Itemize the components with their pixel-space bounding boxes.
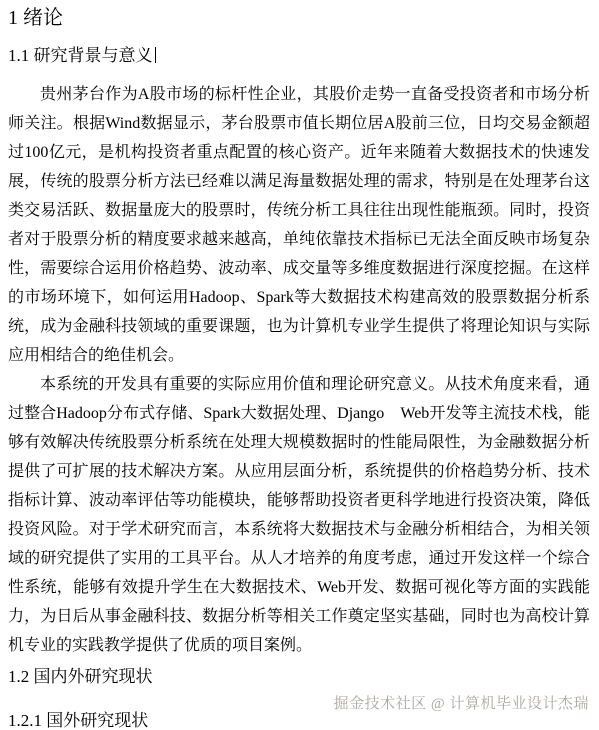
- section-heading-1-1-label: 1.1 研究背景与意义: [8, 46, 153, 65]
- chapter-heading[interactable]: 1 绪论: [8, 6, 590, 30]
- section-heading-1-2-1[interactable]: 1.2.1 国外研究现状: [8, 711, 590, 730]
- paragraph-background[interactable]: 贵州茅台作为A股市场的标杆性企业，其股价走势一直备受投资者和市场分析师关注。根据…: [8, 80, 590, 370]
- section-heading-1-2[interactable]: 1.2 国内外研究现状: [8, 667, 590, 687]
- paragraph-significance[interactable]: 本系统的开发具有重要的实际应用价值和理论研究意义。从技术角度来看，通过整合Had…: [8, 370, 590, 660]
- section-1-1-body: 贵州茅台作为A股市场的标杆性企业，其股价走势一直备受投资者和市场分析师关注。根据…: [8, 80, 590, 660]
- document-page[interactable]: 1 绪论 1.1 研究背景与意义 贵州茅台作为A股市场的标杆性企业，其股价走势一…: [0, 0, 599, 730]
- text-cursor: [155, 47, 156, 63]
- section-heading-1-1[interactable]: 1.1 研究背景与意义: [8, 46, 590, 66]
